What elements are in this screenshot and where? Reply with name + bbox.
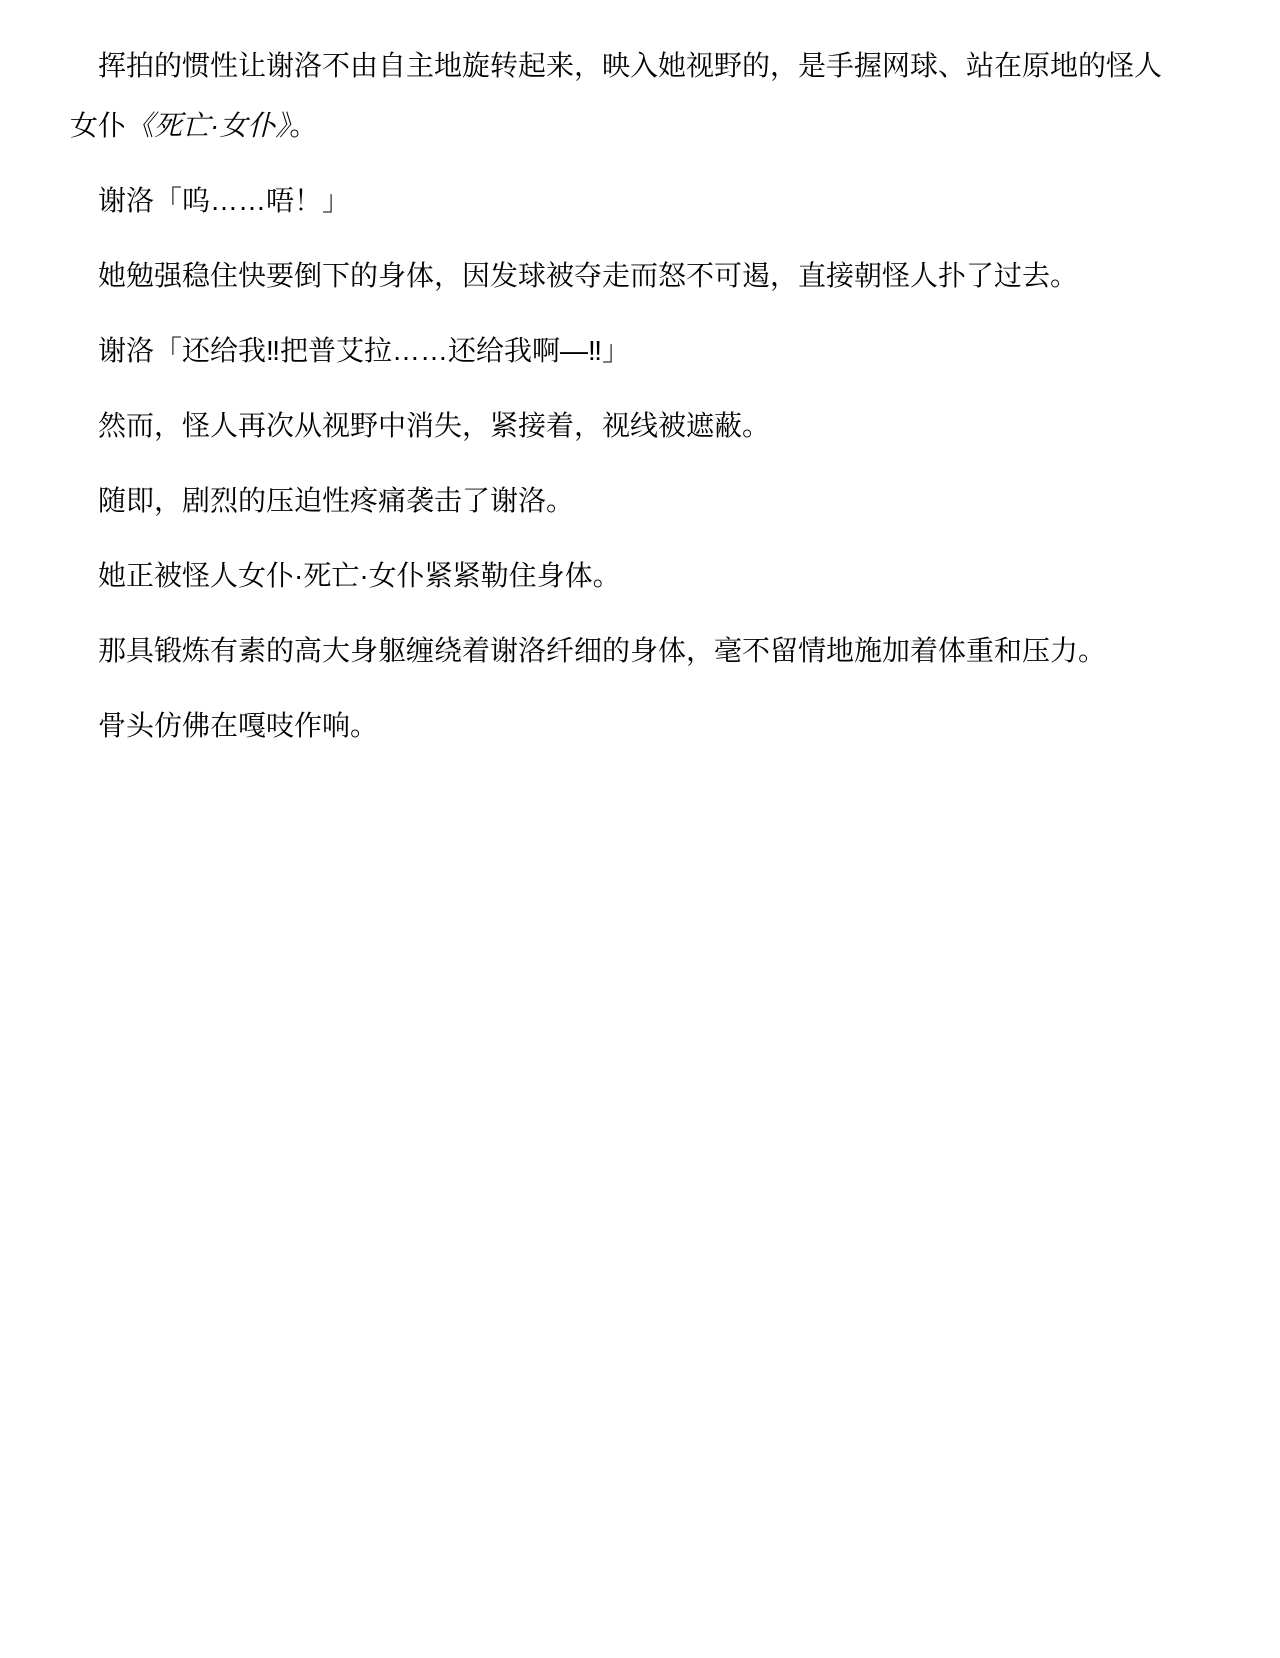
paragraph-narration-7: 骨头仿佛在嘎吱作响。 — [70, 696, 1170, 756]
paragraph-narration-4: 随即，剧烈的压迫性疼痛袭击了谢洛。 — [70, 471, 1170, 531]
paragraph-narration-1: 挥拍的惯性让谢洛不由自主地旋转起来，映入她视野的，是手握网球、站在原地的怪人女仆… — [70, 36, 1170, 156]
paragraph-narration-3: 然而，怪人再次从视野中消失，紧接着，视线被遮蔽。 — [70, 396, 1170, 456]
paragraph-1-suffix: 。 — [289, 110, 317, 141]
paragraph-1-monster-title: 《死亡·女仆》 — [126, 110, 289, 141]
paragraph-dialogue-1: 谢洛「呜……唔！」 — [70, 171, 1170, 231]
paragraph-narration-5: 她正被怪人女仆·死亡·女仆紧紧勒住身体。 — [70, 546, 1170, 606]
novel-text-page: 挥拍的惯性让谢洛不由自主地旋转起来，映入她视野的，是手握网球、站在原地的怪人女仆… — [0, 0, 1280, 1658]
paragraph-narration-6: 那具锻炼有素的高大身躯缠绕着谢洛纤细的身体，毫不留情地施加着体重和压力。 — [70, 621, 1170, 681]
paragraph-narration-2: 她勉强稳住快要倒下的身体，因发球被夺走而怒不可遏，直接朝怪人扑了过去。 — [70, 246, 1170, 306]
paragraph-dialogue-2: 谢洛「还给我‼把普艾拉……还给我啊—‼」 — [70, 321, 1170, 381]
